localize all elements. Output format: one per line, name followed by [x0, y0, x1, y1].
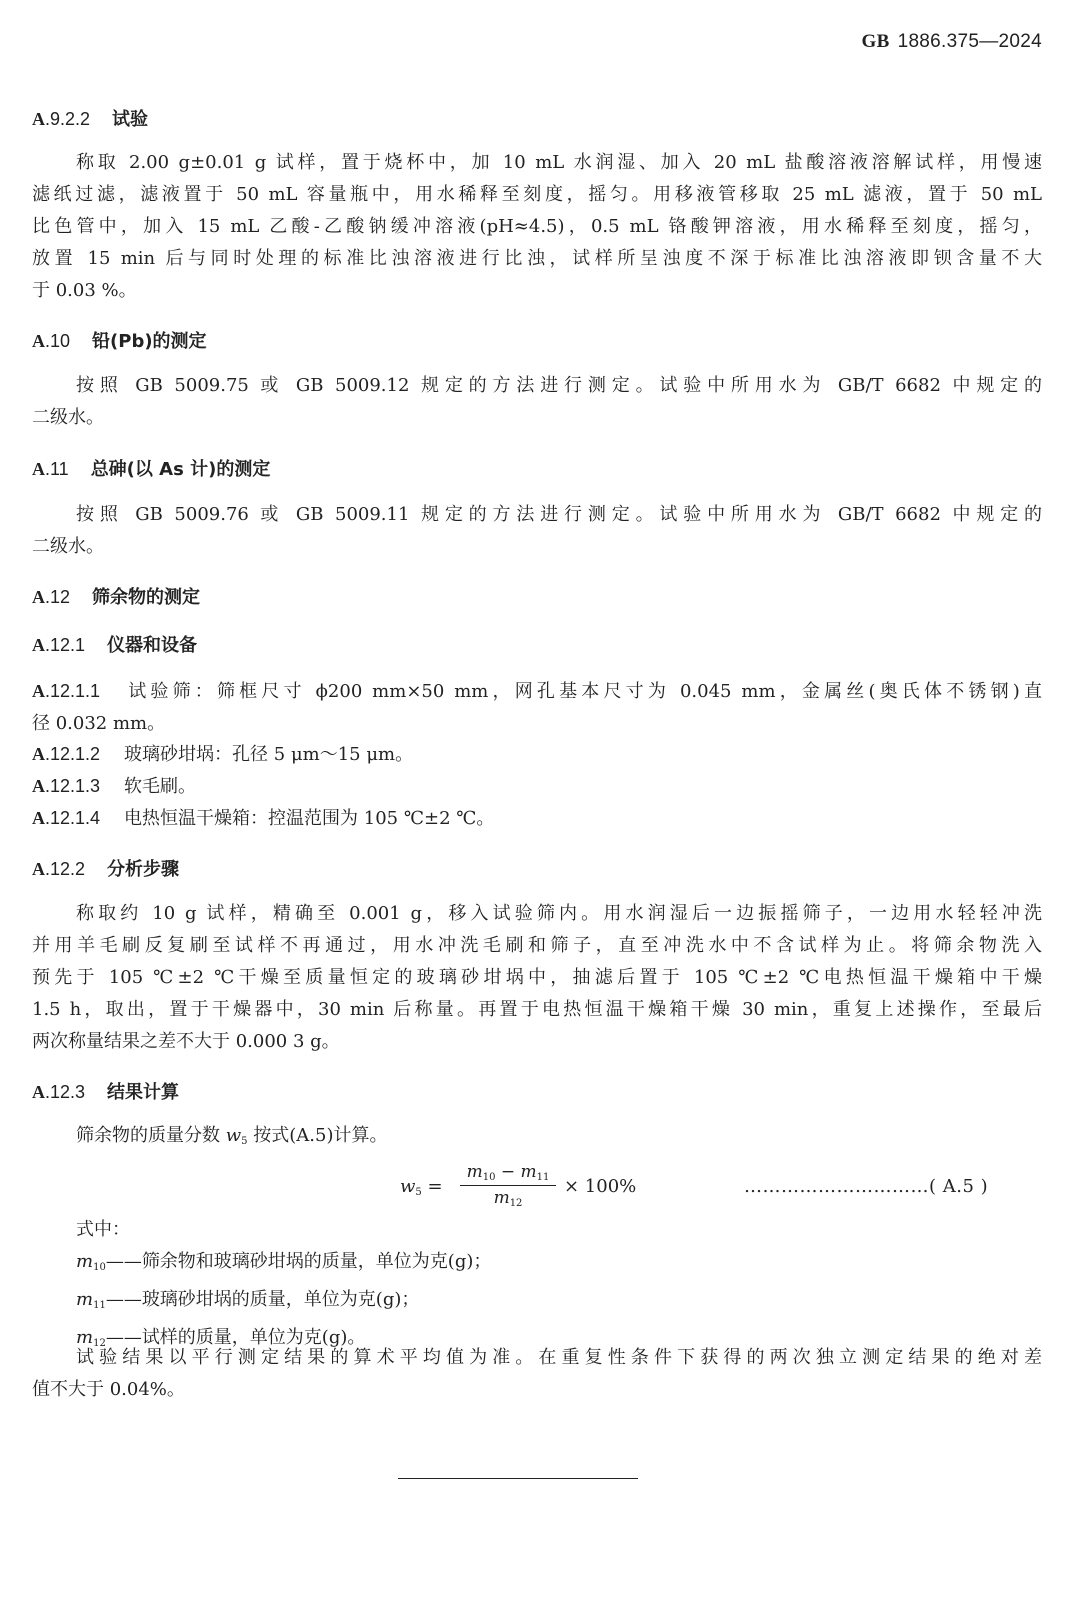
standard-number: 1886.375—2024	[898, 31, 1042, 52]
section-code: A.12.2	[32, 859, 85, 879]
section-title: 仪器和设备	[107, 635, 197, 656]
list-item-a1211: A.12.1.1试验筛：筛框尺寸 ϕ200 mm×50 mm，网孔基本尺寸为 0…	[32, 675, 1042, 740]
heading-a121: A.12.1仪器和设备	[32, 631, 197, 657]
end-of-document-rule	[398, 1478, 638, 1479]
paragraph-a122: 称取约 10 g 试样，精确至 0.001 g，移入试验筛内。用水润湿后一边振摇…	[32, 898, 1042, 1058]
section-code: A.12.1	[32, 635, 85, 655]
text-line: 称取约 10 g 试样，精确至 0.001 g，移入试验筛内。用水润湿后一边振摇…	[32, 898, 1042, 930]
standard-prefix: GB	[862, 31, 890, 52]
section-code: A.10	[32, 331, 70, 351]
heading-a10: A.10铅(Pb)的测定	[32, 327, 207, 353]
heading-a123: A.12.3结果计算	[32, 1078, 179, 1104]
item-code: A.12.1.3	[32, 776, 100, 796]
page-header: GB1886.375—2024	[862, 30, 1042, 53]
list-item-a1213: A.12.1.3软毛刷。	[32, 770, 1042, 803]
item-text: 径 0.032 mm。	[32, 708, 1042, 740]
section-title: 筛余物的测定	[92, 587, 200, 608]
formula-reference: …………………………( A.5 )	[744, 1176, 988, 1197]
formula-lhs: w5 =	[400, 1176, 443, 1198]
item-text: 试验筛：筛框尺寸 ϕ200 mm×50 mm，网孔基本尺寸为 0.045 mm，…	[124, 681, 1042, 702]
section-code: A.11	[32, 459, 69, 479]
text-line: 预先于 105 ℃±2 ℃干燥至质量恒定的玻璃砂坩埚中，抽滤后置于 105 ℃±…	[32, 962, 1042, 994]
text-line: 两次称量结果之差不大于 0.000 3 g。	[32, 1026, 1042, 1058]
item-text: 玻璃砂坩埚：孔径 5 μm～15 μm。	[124, 744, 413, 765]
text-line: 试验结果以平行测定结果的算术平均值为准。在重复性条件下获得的两次独立测定结果的绝…	[32, 1342, 1042, 1374]
text-line: 二级水。	[32, 531, 1042, 563]
section-title: 总砷(以 As 计)的测定	[91, 459, 271, 480]
formula-fraction: m10 − m11 m12	[460, 1162, 556, 1209]
section-code: A.9.2.2	[32, 109, 90, 129]
text-line: 称取 2.00 g±0.01 g 试样，置于烧杯中，加 10 mL 水润湿、加入…	[32, 147, 1042, 179]
text-line: 滤纸过滤，滤液置于 50 mL 容量瓶中，用水稀释至刻度，摇匀。用移液管移取 2…	[32, 179, 1042, 211]
heading-a922: A.9.2.2试验	[32, 105, 148, 131]
fraction-numerator: m10 − m11	[460, 1162, 556, 1183]
section-title: 分析步骤	[107, 859, 179, 880]
definition-m11: m11——玻璃砂坩埚的质量，单位为克(g)；	[76, 1284, 491, 1322]
formula-intro: 筛余物的质量分数 w5 按式(A.5)计算。	[76, 1120, 1042, 1158]
item-code: A.12.1.2	[32, 744, 100, 764]
text-line: 于 0.03 %。	[32, 275, 1042, 307]
paragraph-conclusion: 试验结果以平行测定结果的算术平均值为准。在重复性条件下获得的两次独立测定结果的绝…	[32, 1342, 1042, 1406]
text-line: 按照 GB 5009.76 或 GB 5009.11 规定的方法进行测定。试验中…	[32, 499, 1042, 531]
item-text: 软毛刷。	[124, 776, 196, 797]
heading-a12: A.12筛余物的测定	[32, 583, 200, 609]
paragraph-a922: 称取 2.00 g±0.01 g 试样，置于烧杯中，加 10 mL 水润湿、加入…	[32, 147, 1042, 307]
paragraph-a11: 按照 GB 5009.76 或 GB 5009.11 规定的方法进行测定。试验中…	[32, 499, 1042, 563]
heading-a122: A.12.2分析步骤	[32, 855, 179, 881]
fraction-denominator: m12	[460, 1188, 556, 1209]
list-item-a1214: A.12.1.4电热恒温干燥箱：控温范围为 105 ℃±2 ℃。	[32, 802, 1042, 835]
formula-a5: w5 = m10 − m11 m12 × 100% …………………………( A.…	[400, 1162, 1040, 1214]
text-line: 并用羊毛刷反复刷至试样不再通过，用水冲洗毛刷和筛子，直至冲洗水中不含试样为止。将…	[32, 930, 1042, 962]
where-label: 式中：	[76, 1214, 491, 1246]
list-item-a1212: A.12.1.2玻璃砂坩埚：孔径 5 μm～15 μm。	[32, 738, 1042, 771]
section-title: 试验	[112, 109, 148, 130]
text-line: 放置 15 min 后与同时处理的标准比浊溶液进行比浊，试样所呈浊度不深于标准比…	[32, 243, 1042, 275]
section-title: 结果计算	[107, 1082, 179, 1103]
section-code: A.12	[32, 587, 70, 607]
text-line: 值不大于 0.04%。	[32, 1374, 1042, 1406]
text-line: 比色管中，加入 15 mL 乙酸-乙酸钠缓冲溶液(pH≈4.5)，0.5 mL …	[32, 211, 1042, 243]
variable-definitions: 式中： m10——筛余物和玻璃砂坩埚的质量，单位为克(g)； m11——玻璃砂坩…	[76, 1214, 491, 1360]
fraction-bar	[460, 1185, 556, 1186]
section-code: A.12.3	[32, 1082, 85, 1102]
item-code: A.12.1.1	[32, 681, 100, 701]
text-line: 二级水。	[32, 402, 1042, 434]
item-text: 电热恒温干燥箱：控温范围为 105 ℃±2 ℃。	[124, 808, 494, 829]
paragraph-a10: 按照 GB 5009.75 或 GB 5009.12 规定的方法进行测定。试验中…	[32, 370, 1042, 434]
variable-w5: w5	[226, 1125, 248, 1146]
text-line: 1.5 h，取出，置于干燥器中，30 min 后称量。再置于电热恒温干燥箱干燥 …	[32, 994, 1042, 1026]
definition-m10: m10——筛余物和玻璃砂坩埚的质量，单位为克(g)；	[76, 1246, 491, 1284]
item-code: A.12.1.4	[32, 808, 100, 828]
text-line: 按照 GB 5009.75 或 GB 5009.12 规定的方法进行测定。试验中…	[32, 370, 1042, 402]
heading-a11: A.11总砷(以 As 计)的测定	[32, 455, 270, 481]
formula-multiplier: × 100%	[564, 1176, 636, 1197]
section-title: 铅(Pb)的测定	[92, 331, 207, 352]
